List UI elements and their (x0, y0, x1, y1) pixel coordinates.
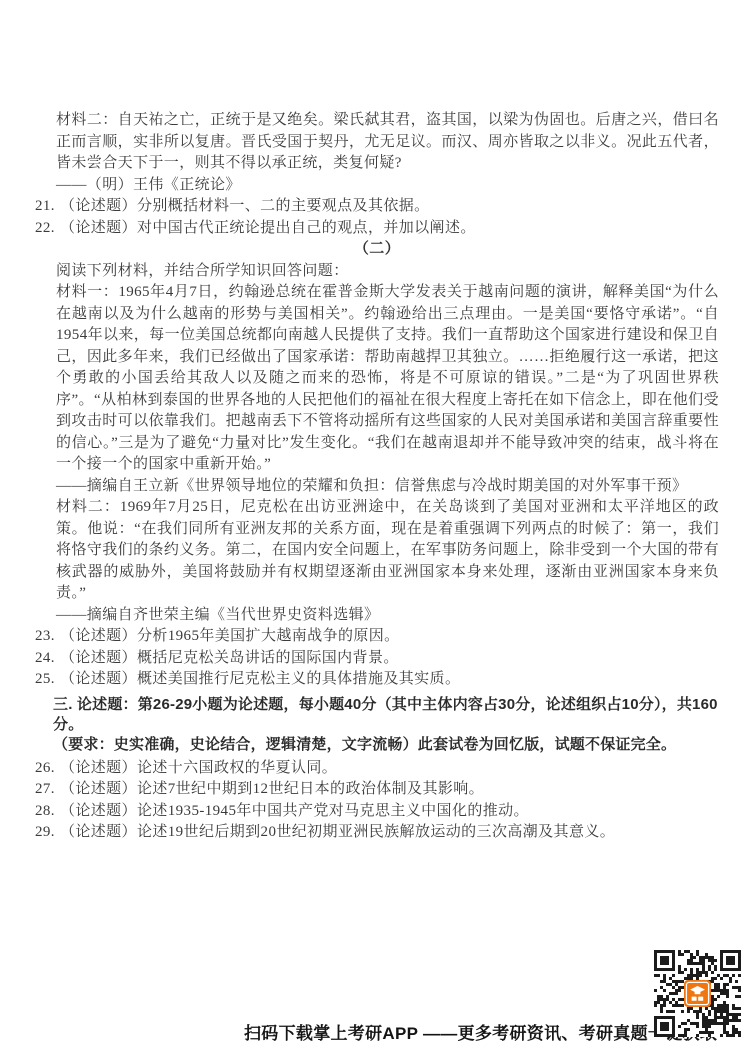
question-29: 29.（论述题）论述19世纪后期到20世纪初期亚洲民族解放运动的三次高潮及其意义… (35, 822, 719, 844)
question-27-text: （论述题）论述7世纪中期到12世纪日本的政治体制及其影响。 (60, 781, 484, 797)
question-26: 26.（论述题）论述十六国政权的华夏认同。 (35, 758, 719, 780)
question-26-number: 26. (35, 760, 55, 776)
question-28: 28.（论述题）论述1935-1945年中国共产党对马克思主义中国化的推动。 (35, 801, 719, 823)
section-three-heading-line1: 三. 论述题：第26-29小题为论述题，每小题40分（其中主体内容占30分，论述… (53, 695, 719, 735)
part2-material2-paragraph: 材料二：1969年7月25日，尼克松在出访亚洲途中，在关岛谈到了美国对亚洲和太平… (56, 497, 719, 605)
section-two-heading: （二） (35, 239, 719, 261)
question-26-text: （论述题）论述十六国政权的华夏认同。 (60, 760, 337, 776)
question-24: 24.（论述题）概括尼克松关岛讲话的国际国内背景。 (35, 648, 719, 670)
question-23-text: （论述题）分析1965年美国扩大越南战争的原因。 (60, 628, 400, 644)
question-29-text: （论述题）论述19世纪后期到20世纪初期亚洲民族解放运动的三次高潮及其意义。 (60, 824, 615, 840)
question-22-text: （论述题）对中国古代正统论提出自己的观点，并加以阐述。 (60, 220, 476, 236)
question-22-number: 22. (35, 220, 55, 236)
question-24-number: 24. (35, 650, 55, 666)
question-23-number: 23. (35, 628, 55, 644)
part1-material2-paragraph: 材料二：自天祐之亡，正统于是又绝矣。梁氏弑其君，盗其国，以梁为伪固也。后唐之兴，… (56, 110, 719, 175)
section-three-heading-line2: （要求：史实准确，史论结合，逻辑清楚，文字流畅）此套试卷为回忆版，试题不保证完全… (53, 735, 719, 755)
question-27: 27.（论述题）论述7世纪中期到12世纪日本的政治体制及其影响。 (35, 779, 719, 801)
question-28-number: 28. (35, 803, 55, 819)
section-three-heading: 三. 论述题：第26-29小题为论述题，每小题40分（其中主体内容占30分，论述… (53, 695, 719, 755)
question-23: 23.（论述题）分析1965年美国扩大越南战争的原因。 (35, 626, 719, 648)
question-25-number: 25. (35, 671, 55, 687)
part2-material2-source: ——摘编自齐世荣主编《当代世界史资料选辑》 (56, 605, 719, 627)
part1-material2-source: ——（明）王伟《正统论》 (56, 175, 719, 197)
question-21: 21.（论述题）分别概括材料一、二的主要观点及其依据。 (35, 196, 719, 218)
question-25-text: （论述题）概述美国推行尼克松主义的具体措施及其实质。 (60, 671, 460, 687)
question-27-number: 27. (35, 781, 55, 797)
question-21-text: （论述题）分别概括材料一、二的主要观点及其依据。 (60, 198, 430, 214)
question-21-number: 21. (35, 198, 55, 214)
section-two-intro: 阅读下列材料，并结合所学知识回答问题： (56, 261, 719, 283)
question-29-number: 29. (35, 824, 55, 840)
footer-caption: 扫码下载掌上考研APP ——更多考研资讯、考研真题一键获取 (244, 1019, 717, 1044)
graduation-cap-icon (684, 980, 711, 1007)
question-25: 25.（论述题）概述美国推行尼克松主义的具体措施及其实质。 (35, 669, 719, 691)
question-24-text: （论述题）概括尼克松关岛讲话的国际国内背景。 (60, 650, 399, 666)
question-28-text: （论述题）论述1935-1945年中国共产党对马克思主义中国化的推动。 (60, 803, 529, 819)
part2-material1-source: ——摘编自王立新《世界领导地位的荣耀和负担：信誉焦虑与冷战时期美国的对外军事干预… (56, 476, 719, 498)
qr-code (654, 950, 742, 1038)
part2-material1-paragraph: 材料一：1965年4月7日，约翰逊总统在霍普金斯大学发表关于越南问题的演讲，解释… (56, 282, 719, 476)
exam-page-content: 材料二：自天祐之亡，正统于是又绝矣。梁氏弑其君，盗其国，以梁为伪固也。后唐之兴，… (35, 110, 719, 844)
question-22: 22.（论述题）对中国古代正统论提出自己的观点，并加以阐述。 (35, 218, 719, 240)
